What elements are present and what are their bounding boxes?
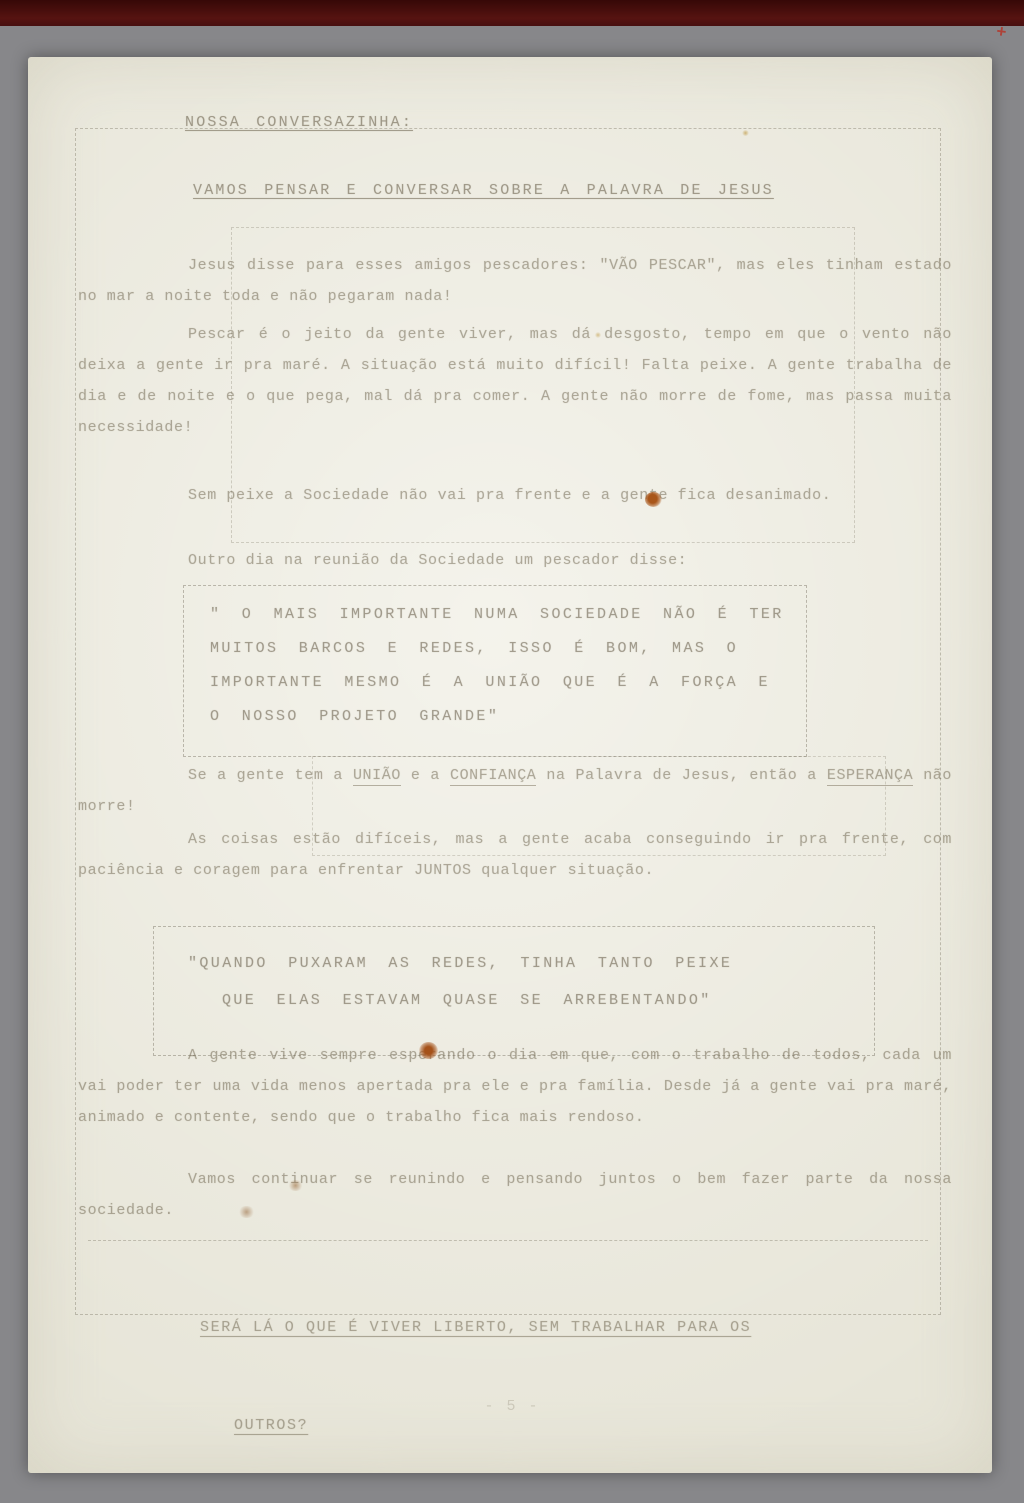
paragraph-8: Vamos continuar se reunindo e pensando j… [78,1164,952,1226]
rust-stain-2 [419,1042,438,1059]
rust-stain-1 [645,492,662,507]
p5-keyword-confianca: CONFIANÇA [450,767,536,786]
yellow-speck-2 [595,332,601,338]
p5-text-1: Se a gente tem a [188,767,353,784]
smudge-stain-1 [288,1180,303,1191]
header-label: NOSSA CONVERSAZINHA: [185,107,413,138]
quote-box-1: " O MAIS IMPORTANTE NUMA SOCIEDADE NÃO É… [183,585,807,757]
quote1-line-2: MUITOS BARCOS E REDES, ISSO É BOM, MAS O [210,632,806,666]
smudge-stain-2 [238,1206,255,1218]
paragraph-5: Se a gente tem a UNIÃO e a CONFIANÇA na … [78,760,952,822]
p5-keyword-esperanca: ESPERANÇA [827,767,913,786]
yellow-speck-1 [742,130,749,136]
quote-box-2: "QUANDO PUXARAM AS REDES, TINHA TANTO PE… [153,926,875,1056]
quote1-line-3: IMPORTANTE MESMO É A UNIÃO QUE É A FORÇA… [210,666,806,700]
footer-question-line-1: SERÁ LÁ O QUE É VIVER LIBERTO, SEM TRABA… [200,1312,751,1343]
paragraph-7: A gente vive sempre esperando o dia em q… [78,1040,952,1133]
quote2-line-1: "QUANDO PUXARAM AS REDES, TINHA TANTO PE… [188,945,874,982]
quote2-line-2: QUE ELAS ESTAVAM QUASE SE ARREBENTANDO" [188,982,874,1019]
p5-text-3: na Palavra de Jesus, então a [536,767,826,784]
pencil-separator-line [88,1240,928,1241]
page-number: - 5 - [442,1398,582,1415]
scanned-document-page: + NOSSA CONVERSAZINHA: VAMOS PENSAR E CO… [0,0,1024,1503]
quote1-line-1: " O MAIS IMPORTANTE NUMA SOCIEDADE NÃO É… [210,598,806,632]
paragraph-1: Jesus disse para esses amigos pescadores… [78,250,952,312]
paper-sheet: NOSSA CONVERSAZINHA: VAMOS PENSAR E CONV… [28,57,992,1473]
page-title: VAMOS PENSAR E CONVERSAR SOBRE A PALAVRA… [193,175,774,206]
scan-top-band [0,0,1024,26]
red-plus-mark: + [995,23,1008,43]
paragraph-3: Sem peixe a Sociedade não vai pra frente… [78,480,952,511]
p5-keyword-uniao: UNIÃO [353,767,401,786]
p5-text-2: e a [401,767,450,784]
paragraph-4: Outro dia na reunião da Sociedade um pes… [78,545,952,576]
quote1-line-4: O NOSSO PROJETO GRANDE" [210,700,806,734]
paragraph-6: As coisas estão difíceis, mas a gente ac… [78,824,952,886]
paragraph-2: Pescar é o jeito da gente viver, mas dá … [78,319,952,443]
